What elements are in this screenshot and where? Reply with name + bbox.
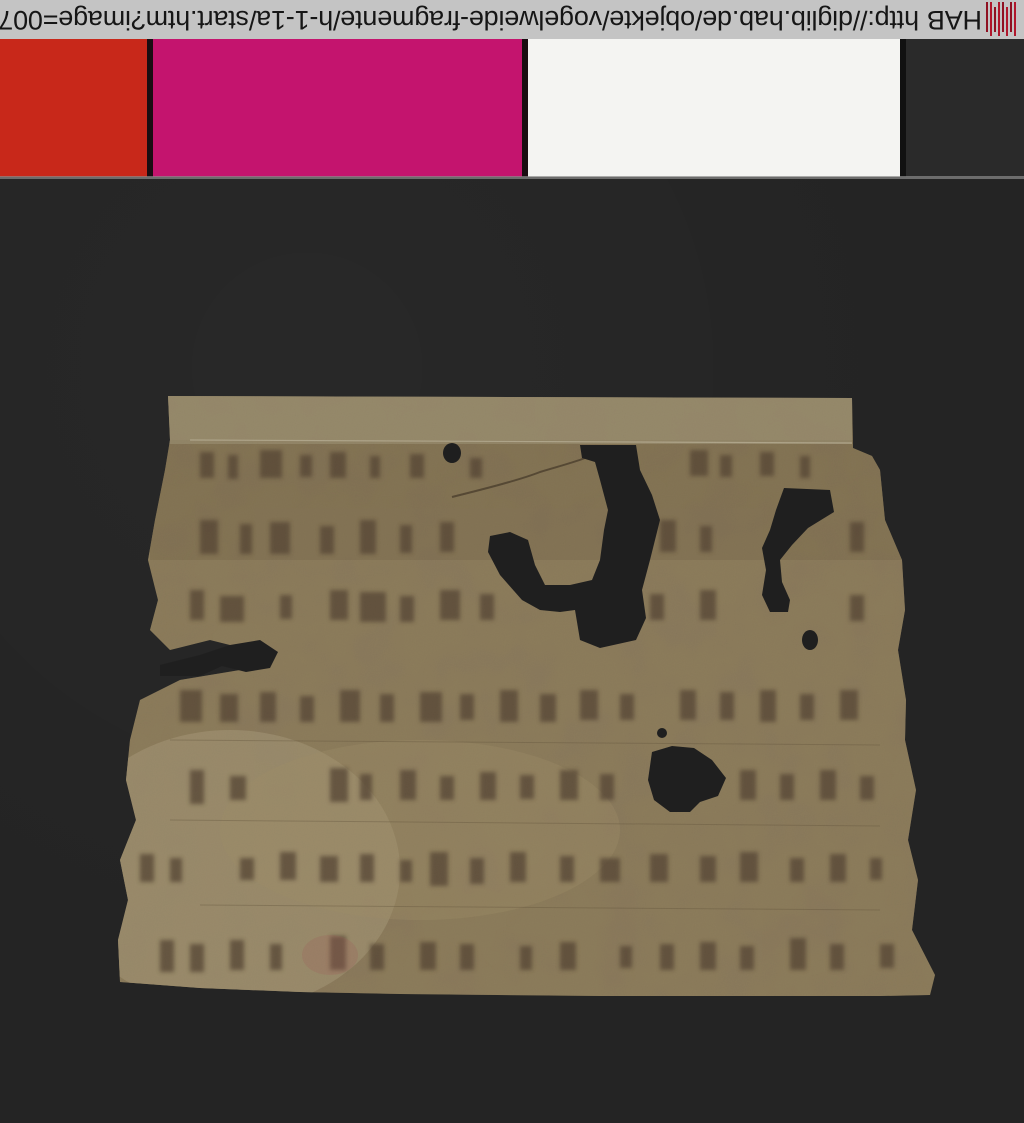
hab-logo-icon <box>986 3 1016 37</box>
manuscript-fragment <box>0 179 1024 1123</box>
swatch-white <box>528 39 900 177</box>
swatch-red <box>0 39 147 177</box>
color-calibration-strip <box>0 39 1024 177</box>
parchment-image <box>0 179 1024 1123</box>
url-banner: HAB http://diglib.hab.de/objekte/vogelwe… <box>0 0 1024 39</box>
swatch-magenta <box>153 39 522 177</box>
scan-background <box>0 179 1024 1123</box>
banner-brand: HAB <box>927 4 982 35</box>
swatch-black <box>906 39 1024 177</box>
banner-url[interactable]: http://diglib.hab.de/objekte/vogelweide-… <box>0 4 919 35</box>
